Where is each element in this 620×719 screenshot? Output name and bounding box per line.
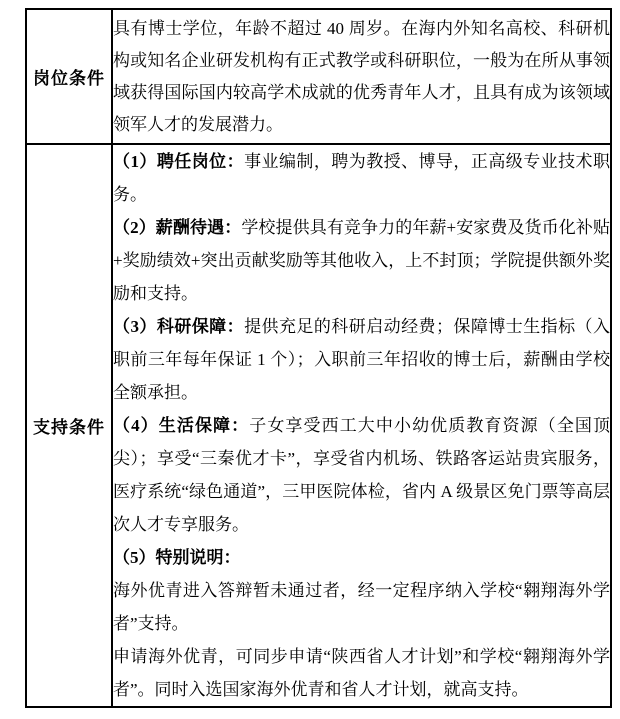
table-row-support-conditions: 支持条件 （1）聘任岗位：事业编制，聘为教授、博导，正高级专业技术职务。 （2）…: [26, 144, 611, 707]
paragraph-text: 申请海外优青，可同步申请“陕西省人才计划”和学校“翱翔海外学者”。同时入选国家海…: [113, 647, 610, 699]
paragraph-text: 具有博士学位，年龄不超过 40 周岁。在海内外知名高校、科研机构或知名企业研发机…: [113, 19, 610, 134]
paragraph-research: （3）科研保障：提供充足的科研启动经费；保障博士生指标（入职前三年每年保证 1 …: [113, 310, 610, 409]
recruitment-conditions-table: 岗位条件 具有博士学位，年龄不超过 40 周岁。在海内外知名高校、科研机构或知名…: [25, 8, 612, 708]
paragraph-living: （4）生活保障：子女享受西工大中小幼优质教育资源（全国顶尖）；享受“三秦优才卡”…: [113, 409, 610, 541]
table-row-position-conditions: 岗位条件 具有博士学位，年龄不超过 40 周岁。在海内外知名高校、科研机构或知名…: [26, 9, 611, 144]
paragraph-special-note: （5）特别说明：: [113, 541, 610, 574]
paragraph-text: 海外优青进入答辩暂未通过者，经一定程序纳入学校“翱翔海外学者”支持。: [113, 581, 610, 633]
paragraph-lead: （5）特别说明：: [113, 548, 241, 567]
paragraph-appointment: （1）聘任岗位：事业编制，聘为教授、博导，正高级专业技术职务。: [113, 145, 610, 211]
row-content-position-conditions: 具有博士学位，年龄不超过 40 周岁。在海内外知名高校、科研机构或知名企业研发机…: [112, 9, 611, 144]
paragraph-fallback-support: 海外优青进入答辩暂未通过者，经一定程序纳入学校“翱翔海外学者”支持。: [113, 574, 610, 640]
paragraph: 具有博士学位，年龄不超过 40 周岁。在海内外知名高校、科研机构或知名企业研发机…: [113, 13, 610, 141]
row-label-position-conditions: 岗位条件: [26, 9, 112, 144]
paragraph-lead: （1）聘任岗位：: [113, 152, 244, 171]
row-content-support-conditions: （1）聘任岗位：事业编制，聘为教授、博导，正高级专业技术职务。 （2）薪酬待遇：…: [112, 144, 611, 707]
document-page: 岗位条件 具有博士学位，年龄不超过 40 周岁。在海内外知名高校、科研机构或知名…: [0, 0, 620, 719]
paragraph-salary: （2）薪酬待遇：学校提供具有竞争力的年薪+安家费及货币化补贴+奖励绩效+突出贡献…: [113, 211, 610, 310]
row-label-support-conditions: 支持条件: [26, 144, 112, 707]
paragraph-parallel-application: 申请海外优青，可同步申请“陕西省人才计划”和学校“翱翔海外学者”。同时入选国家海…: [113, 640, 610, 706]
paragraph-lead: （3）科研保障：: [113, 317, 244, 336]
paragraph-lead: （2）薪酬待遇：: [113, 218, 241, 237]
paragraph-lead: （4）生活保障：: [113, 416, 249, 435]
